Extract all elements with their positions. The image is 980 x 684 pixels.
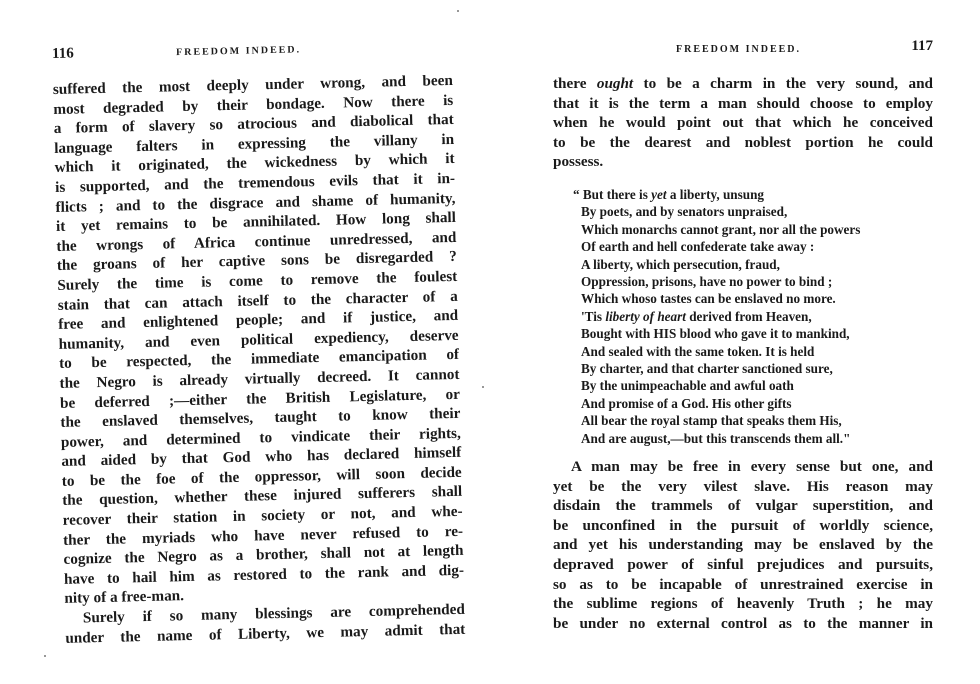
verse-line: By poets, and by senators unpraised, xyxy=(581,203,933,220)
verse-line: Oppression, prisons, have no power to bi… xyxy=(581,273,933,290)
right-running-head: FREEDOM INDEED. 117 xyxy=(553,42,933,64)
text-line: when he would point out that which he co… xyxy=(553,113,933,133)
verse-line: 'Tis liberty of heart derived from Heave… xyxy=(581,308,933,325)
left-page: 116 FREEDOM INDEED. suffered the most de… xyxy=(0,0,490,684)
verse-line: A liberty, which persecution, fraud, xyxy=(581,256,933,273)
text-line: be unconfined in the pursuit of worldly … xyxy=(553,516,933,536)
page-number-right: 117 xyxy=(911,38,933,55)
scan-speck xyxy=(44,655,46,657)
page-number-left: 116 xyxy=(52,46,74,63)
verse-line: And promise of a God. His other gifts xyxy=(581,395,933,412)
emphasis: yet xyxy=(651,187,666,202)
text-line: depraved power of sinful prejudices and … xyxy=(553,555,933,575)
right-page: FREEDOM INDEED. 117 there ought to be a … xyxy=(490,0,980,684)
text-line: yet be the very vilest slave. His reason… xyxy=(553,477,933,497)
text-line: to be the dearest and noblest portion he… xyxy=(553,133,933,153)
text-line: there ought to be a charm in the very so… xyxy=(553,74,933,94)
verse-line: “ But there is yet a liberty, unsung xyxy=(581,186,933,203)
text-line: be under no external control as to the m… xyxy=(553,614,933,634)
verse-line: And are august,—but this transcends them… xyxy=(581,430,933,447)
text-line: disdain the trammels of vulgar superstit… xyxy=(553,496,933,516)
left-page-content: 116 FREEDOM INDEED. suffered the most de… xyxy=(52,41,465,648)
scan-speck xyxy=(457,10,459,12)
left-paragraph-2: Surely if so many blessings are comprehe… xyxy=(65,600,466,648)
right-page-content: FREEDOM INDEED. 117 there ought to be a … xyxy=(553,42,933,633)
emphasis: liberty of heart xyxy=(605,309,686,324)
left-running-head: 116 FREEDOM INDEED. xyxy=(52,41,452,72)
verse-line: Which monarchs cannot grant, nor all the… xyxy=(581,221,933,238)
verse-line: By the unimpeachable and awful oath xyxy=(581,377,933,394)
emphasis: ought xyxy=(597,75,633,92)
text-line: that it is the term a man should choose … xyxy=(553,94,933,114)
verse-line: And sealed with the same token. It is he… xyxy=(581,343,933,360)
text-line: so as to be incapable of unrestrained ex… xyxy=(553,575,933,595)
running-head-title-right: FREEDOM INDEED. xyxy=(676,44,801,55)
verse-line: Which whoso tastes can be enslaved no mo… xyxy=(581,290,933,307)
running-head-title-left: FREEDOM INDEED. xyxy=(176,44,301,58)
text-line: possess. xyxy=(553,152,933,172)
text-line: the sublime regions of heavenly Truth ; … xyxy=(553,594,933,614)
text-line: and yet his understanding may be enslave… xyxy=(553,535,933,555)
verse-line: By charter, and that charter sanctioned … xyxy=(581,360,933,377)
verse-quotation: “ But there is yet a liberty, unsung By … xyxy=(581,186,933,447)
text-line: A man may be free in every sense but one… xyxy=(553,457,933,477)
left-paragraph-1: suffered the most deeply under wrong, an… xyxy=(53,71,465,609)
right-intro-paragraph: there ought to be a charm in the very so… xyxy=(553,74,933,172)
verse-line: Bought with HIS blood who gave it to man… xyxy=(581,325,933,342)
right-paragraph-2: A man may be free in every sense but one… xyxy=(553,457,933,633)
scan-speck xyxy=(482,386,484,388)
verse-line: Of earth and hell confederate take away … xyxy=(581,238,933,255)
verse-line: All bear the royal stamp that speaks the… xyxy=(581,412,933,429)
